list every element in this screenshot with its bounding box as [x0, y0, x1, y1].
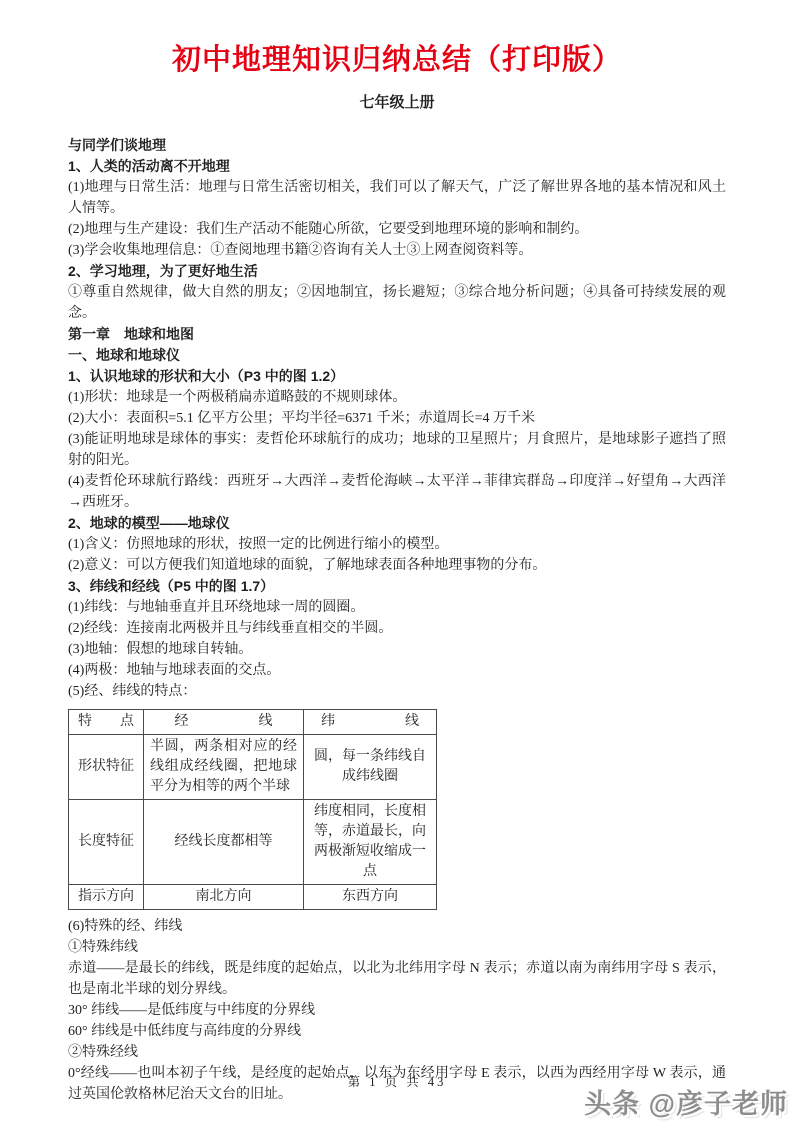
heading: 2、学习地理，为了更好地生活 [68, 261, 726, 282]
paragraph: (2)地理与生产建设：我们生产活动不能随心所欲，它要受到地理环境的影响和制约。 [68, 219, 726, 240]
paragraph: (2)经线：连接南北两极并且与纬线垂直相交的半圆。 [68, 618, 726, 639]
paragraph: (6)特殊的经、纬线 [68, 916, 726, 937]
table-row: 指示方向 南北方向 东西方向 [69, 885, 437, 910]
features-table: 特 点 经 线 纬 线 形状特征 半圆，两条相对应的经线组成经线圈，把地球平分为… [68, 709, 437, 910]
paragraph: 赤道——是最长的纬线，既是纬度的起始点，以北为北纬用字母 N 表示；赤道以南为南… [68, 958, 726, 1000]
chapter-heading: 第一章 地球和地图 [68, 324, 726, 345]
table-cell: 经线长度都相等 [144, 800, 304, 885]
paragraph: ①特殊纬线 [68, 937, 726, 958]
paragraph: (3)学会收集地理信息：①查阅地理书籍②咨询有关人士③上网查阅资料等。 [68, 240, 726, 261]
heading: 1、认识地球的形状和大小（P3 中的图 1.2） [68, 366, 726, 387]
document-subtitle: 七年级上册 [0, 91, 794, 112]
section-heading: 一、地球和地球仪 [68, 345, 726, 366]
table-cell: 纬度相同，长度相等，赤道最长，向两极渐短收缩成一点 [304, 800, 437, 885]
paragraph: 30° 纬线——是低纬度与中纬度的分界线 [68, 1000, 726, 1021]
paragraph: (3)能证明地球是球体的事实：麦哲伦环球航行的成功；地球的卫星照片；月食照片，是… [68, 429, 726, 471]
paragraph: (2)大小：表面积=5.1 亿平方公里；平均半径=6371 千米；赤道周长=4 … [68, 408, 726, 429]
table-cell: 南北方向 [144, 885, 304, 910]
table-header-cell: 经 线 [144, 710, 304, 735]
table-cell: 指示方向 [69, 885, 144, 910]
table-cell: 东西方向 [304, 885, 437, 910]
table-header-cell: 特 点 [69, 710, 144, 735]
paragraph: 60° 纬线是中低纬度与高纬度的分界线 [68, 1021, 726, 1042]
watermark: 头条 @彦子老师 [584, 1082, 788, 1121]
heading: 2、地球的模型——地球仪 [68, 513, 726, 534]
table-cell: 半圆，两条相对应的经线组成经线圈，把地球平分为相等的两个半球 [144, 735, 304, 800]
document-title: 初中地理知识归纳总结（打印版） [0, 0, 794, 78]
paragraph: (1)纬线：与地轴垂直并且环绕地球一周的圆圈。 [68, 597, 726, 618]
paragraph: (1)含义：仿照地球的形状，按照一定的比例进行缩小的模型。 [68, 534, 726, 555]
table-header-row: 特 点 经 线 纬 线 [69, 710, 437, 735]
document-page: 初中地理知识归纳总结（打印版） 七年级上册 与同学们谈地理 1、人类的活动离不开… [0, 0, 794, 1123]
paragraph: ②特殊经线 [68, 1042, 726, 1063]
heading: 与同学们谈地理 [68, 135, 726, 156]
heading: 1、人类的活动离不开地理 [68, 156, 726, 177]
paragraph: (4)两极：地轴与地球表面的交点。 [68, 660, 726, 681]
table-cell: 圆，每一条纬线自成纬线圈 [304, 735, 437, 800]
table-row: 长度特征 经线长度都相等 纬度相同，长度相等，赤道最长，向两极渐短收缩成一点 [69, 800, 437, 885]
table-header-cell: 纬 线 [304, 710, 437, 735]
heading: 3、纬线和经线（P5 中的图 1.7） [68, 576, 726, 597]
table-cell: 形状特征 [69, 735, 144, 800]
paragraph: (4)麦哲伦环球航行路线：西班牙→大西洋→麦哲伦海峡→太平洋→菲律宾群岛→印度洋… [68, 471, 726, 513]
paragraph: (5)经、纬线的特点： [68, 681, 726, 702]
paragraph: ①尊重自然规律，做大自然的朋友；②因地制宜，扬长避短；③综合地分析问题；④具备可… [68, 282, 726, 324]
table-row: 形状特征 半圆，两条相对应的经线组成经线圈，把地球平分为相等的两个半球 圆，每一… [69, 735, 437, 800]
table-cell: 长度特征 [69, 800, 144, 885]
paragraph: (3)地轴：假想的地球自转轴。 [68, 639, 726, 660]
paragraph: (2)意义：可以方便我们知道地球的面貌，了解地球表面各种地理事物的分布。 [68, 555, 726, 576]
paragraph: (1)形状：地球是一个两极稍扁赤道略鼓的不规则球体。 [68, 387, 726, 408]
document-body: 与同学们谈地理 1、人类的活动离不开地理 (1)地理与日常生活：地理与日常生活密… [0, 135, 794, 1105]
paragraph: (1)地理与日常生活：地理与日常生活密切相关，我们可以了解天气，广泛了解世界各地… [68, 177, 726, 219]
